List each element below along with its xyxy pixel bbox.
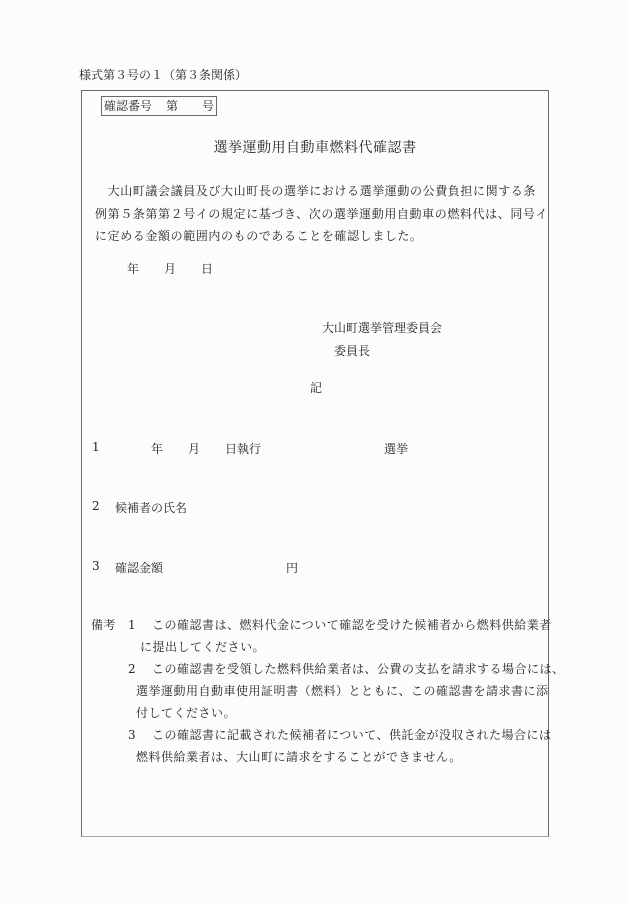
body-line: 大山町議会議員及び大山町長の選挙における選挙運動の公費負担に関する条 [95, 180, 545, 203]
confirmation-number-box: 確認番号第号 [101, 96, 217, 116]
remark-2-number: 2 [128, 658, 136, 681]
body-line: 例第５条第第２号イの規定に基づき、次の選挙運動用自動車の燃料代は、同号イ [95, 203, 545, 226]
remark-1-number: 1 [128, 614, 136, 637]
item-1-day-exec: 日執行 [225, 440, 261, 457]
remark-2-line: 選挙運動用自動車使用証明書（燃料）とともに、この確認書を請求書に添 [136, 680, 549, 703]
item-3-number: 3 [92, 559, 100, 573]
document-title: 選挙運動用自動車燃料代確認書 [0, 137, 630, 157]
confirmation-number-label: 確認番号 [104, 97, 152, 115]
item-2-number: 2 [92, 499, 100, 513]
item-1-year: 年 [151, 440, 163, 457]
remark-3-line: この確認書に記載された候補者について、供託金が没収された場合には [152, 724, 552, 747]
item-1-election: 選挙 [384, 440, 408, 457]
item-1-number: 1 [92, 440, 100, 454]
date-month: 月 [164, 260, 176, 277]
remarks-heading: 備考 [91, 614, 116, 637]
body-text: 大山町議会議員及び大山町長の選挙における選挙運動の公費負担に関する条 例第５条第… [95, 180, 545, 248]
issuer-committee: 大山町選挙管理委員会 [322, 319, 442, 336]
remark-2-line: 付してください。 [136, 702, 236, 725]
confirmation-number-dai: 第 [166, 97, 178, 115]
body-line: に定める金額の範囲内のものであることを確認しました。 [95, 225, 545, 248]
remark-3-line: 燃料供給業者は、大山町に請求をすることができません。 [136, 746, 462, 769]
confirmed-amount-unit: 円 [286, 559, 298, 576]
date-day: 日 [201, 260, 213, 277]
remark-1-line: この確認書は、燃料代金について確認を受けた候補者から燃料供給業者 [152, 614, 552, 637]
confirmed-amount-label: 確認金額 [115, 559, 163, 576]
issuer-chair: 委員長 [334, 342, 370, 359]
candidate-name-label: 候補者の氏名 [115, 499, 187, 516]
ki-heading: 記 [310, 379, 322, 396]
form-label: 様式第３号の１（第３条関係） [79, 66, 247, 83]
remark-1-line: に提出してください。 [140, 636, 265, 659]
item-1-month: 月 [188, 440, 200, 457]
remark-3-number: 3 [128, 724, 136, 747]
confirmation-number-go: 号 [202, 97, 214, 115]
remark-2-line: この確認書を受領した燃料供給業者は、公費の支払を請求する場合には、 [152, 658, 565, 681]
date-year: 年 [127, 260, 139, 277]
